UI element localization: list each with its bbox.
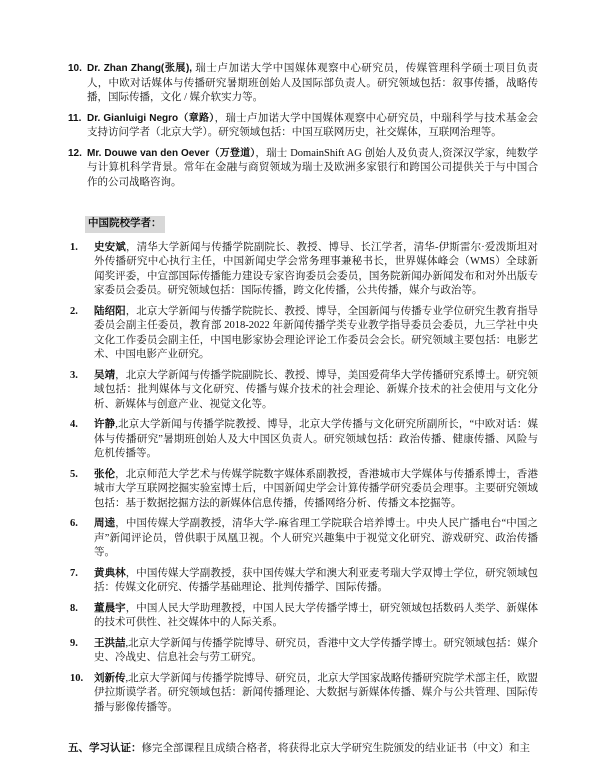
item-body: 陆绍阳，北京大学新闻与传播学院院长、教授、博导，全国新闻与传播专业学位研究生教育… [94, 305, 538, 363]
scholar-description: ，北京大学新闻与传播学院副院长、教授、博导，美国爱荷华大学传播研究系博士。研究领… [94, 370, 538, 410]
item-number: 7. [68, 567, 94, 596]
scholar-item: 12. Mr. Douwe van den Oever（万登道），瑞士 Doma… [68, 147, 538, 191]
scholar-name: 董晨宇 [94, 603, 126, 614]
item-body: 张伦，北京师范大学艺术与传媒学院数字媒体系副教授，香港城市大学媒体与传播系博士，… [94, 468, 538, 512]
scholar-name: Mr. Douwe van den Oever（万登道） [87, 148, 255, 159]
item-body: 刘新传,北京大学新闻与传播学院博导、研究员，北京大学国家战略传播研究院学术部主任… [94, 672, 538, 716]
scholar-name: 许静 [94, 419, 115, 430]
item-body: 许静,北京大学新闻与传播学院教授、博导，北京大学传播与文化研究所副所长，“中欧对… [94, 418, 538, 462]
scholar-description: ,北京大学新闻与传播学院教授、博导，北京大学传播与文化研究所副所长，“中欧对话：… [94, 419, 538, 459]
section-header-chinese-scholars: 中国院校学者： [85, 216, 165, 233]
scholar-name: 张伦 [94, 469, 115, 480]
scholar-item: 10. Dr. Zhan Zhang(张展), 瑞士卢加诺大学中国媒体观察中心研… [68, 62, 538, 106]
scholar-description: ，北京师范大学艺术与传媒学院数字媒体系副教授，香港城市大学媒体与传播系博士，香港… [94, 469, 538, 509]
item-body: Dr. Zhan Zhang(张展), 瑞士卢加诺大学中国媒体观察中心研究员，传… [87, 62, 538, 106]
item-body: 黄典林，中国传媒大学副教授，获中国传媒大学和澳大利亚麦考瑞大学双博士学位，研究领… [94, 567, 538, 596]
certification-text: 修完全部课程且成绩合格者，将获得北京大学研究生院颁发的结业证书（中文）和主 [142, 743, 531, 754]
item-body: 周逵，中国传媒大学副教授，清华大学-麻省理工学院联合培养博士。中央人民广播电台“… [94, 517, 538, 561]
scholar-name: 史安斌 [94, 242, 126, 253]
certification-note: 五、学习认证：修完全部课程且成绩合格者，将获得北京大学研究生院颁发的结业证书（中… [68, 742, 538, 757]
chinese-scholars-list: 1. 史安斌，清华大学新闻与传播学院副院长、教授、博导、长江学者，清华-伊斯雷尔… [68, 241, 538, 716]
item-number: 4. [68, 418, 94, 462]
item-number: 10. [68, 62, 87, 106]
document-page: 10. Dr. Zhan Zhang(张展), 瑞士卢加诺大学中国媒体观察中心研… [0, 0, 600, 757]
item-number: 12. [68, 147, 87, 191]
item-body: 董晨宇，中国人民大学助理教授，中国人民大学传播学博士，研究领域包括数码人类学、新… [94, 602, 538, 631]
scholar-item: 11. Dr. Gianluigi Negro（章路），瑞士卢加诺大学中国媒体观… [68, 112, 538, 141]
scholar-name: 黄典林 [94, 568, 126, 579]
scholar-item: 6. 周逵，中国传媒大学副教授，清华大学-麻省理工学院联合培养博士。中央人民广播… [68, 517, 538, 561]
certification-label: 五、学习认证： [68, 743, 142, 754]
scholar-name: 吴靖 [94, 370, 115, 381]
scholar-item: 8. 董晨宇，中国人民大学助理教授，中国人民大学传播学博士，研究领域包括数码人类… [68, 602, 538, 631]
scholar-name: Dr. Gianluigi Negro（章路） [87, 113, 215, 124]
item-number: 6. [68, 517, 94, 561]
item-body: 王洪喆,北京大学新闻与传播学院博导、研究员，香港中文大学传播学博士。研究领域包括… [94, 637, 538, 666]
scholar-item: 3. 吴靖，北京大学新闻与传播学院副院长、教授、博导，美国爱荷华大学传播研究系博… [68, 369, 538, 413]
scholar-item: 7. 黄典林，中国传媒大学副教授，获中国传媒大学和澳大利亚麦考瑞大学双博士学位，… [68, 567, 538, 596]
item-body: Mr. Douwe van den Oever（万登道），瑞士 DomainSh… [87, 147, 538, 191]
item-number: 11. [68, 112, 87, 141]
item-number: 9. [68, 637, 94, 666]
item-number: 8. [68, 602, 94, 631]
item-number: 5. [68, 468, 94, 512]
international-scholars-list: 10. Dr. Zhan Zhang(张展), 瑞士卢加诺大学中国媒体观察中心研… [68, 62, 538, 190]
scholar-item: 1. 史安斌，清华大学新闻与传播学院副院长、教授、博导、长江学者，清华-伊斯雷尔… [68, 241, 538, 299]
item-body: Dr. Gianluigi Negro（章路），瑞士卢加诺大学中国媒体观察中心研… [87, 112, 538, 141]
item-number: 1. [68, 241, 94, 299]
scholar-description: ，北京大学新闻与传播学院院长、教授、博导，全国新闻与传播专业学位研究生教育指导委… [94, 306, 538, 361]
scholar-description: ,北京大学新闻与传播学院博导、研究员，北京大学国家战略传播研究院学术部主任，欧盟… [94, 673, 538, 713]
item-body: 史安斌，清华大学新闻与传播学院副院长、教授、博导、长江学者，清华-伊斯雷尔·爱泼… [94, 241, 538, 299]
scholar-description: ，中国传媒大学副教授，清华大学-麻省理工学院联合培养博士。中央人民广播电台“中国… [94, 518, 538, 558]
scholar-description: ，中国传媒大学副教授，获中国传媒大学和澳大利亚麦考瑞大学双博士学位，研究领域包括… [94, 568, 538, 594]
scholar-name: 王洪喆 [94, 638, 126, 649]
scholar-name: Dr. Zhan Zhang(张展), [87, 63, 192, 74]
scholar-description: ，中国人民大学助理教授，中国人民大学传播学博士，研究领域包括数码人类学、新媒体的… [94, 603, 538, 629]
item-number: 2. [68, 305, 94, 363]
scholar-item: 10. 刘新传,北京大学新闻与传播学院博导、研究员，北京大学国家战略传播研究院学… [68, 672, 538, 716]
item-number: 10. [68, 672, 94, 716]
scholar-item: 5. 张伦，北京师范大学艺术与传媒学院数字媒体系副教授，香港城市大学媒体与传播系… [68, 468, 538, 512]
item-body: 吴靖，北京大学新闻与传播学院副院长、教授、博导，美国爱荷华大学传播研究系博士。研… [94, 369, 538, 413]
scholar-item: 4. 许静,北京大学新闻与传播学院教授、博导，北京大学传播与文化研究所副所长，“… [68, 418, 538, 462]
scholar-name: 刘新传 [94, 673, 126, 684]
scholar-item: 9. 王洪喆,北京大学新闻与传播学院博导、研究员，香港中文大学传播学博士。研究领… [68, 637, 538, 666]
item-number: 3. [68, 369, 94, 413]
scholar-name: 周逵 [94, 518, 115, 529]
scholar-name: 陆绍阳 [94, 306, 126, 317]
scholar-description: ，清华大学新闻与传播学院副院长、教授、博导、长江学者，清华-伊斯雷尔·爱泼斯坦对… [94, 242, 538, 297]
scholar-item: 2. 陆绍阳，北京大学新闻与传播学院院长、教授、博导，全国新闻与传播专业学位研究… [68, 305, 538, 363]
scholar-description: ,北京大学新闻与传播学院博导、研究员，香港中文大学传播学博士。研究领域包括：媒介… [94, 638, 538, 664]
